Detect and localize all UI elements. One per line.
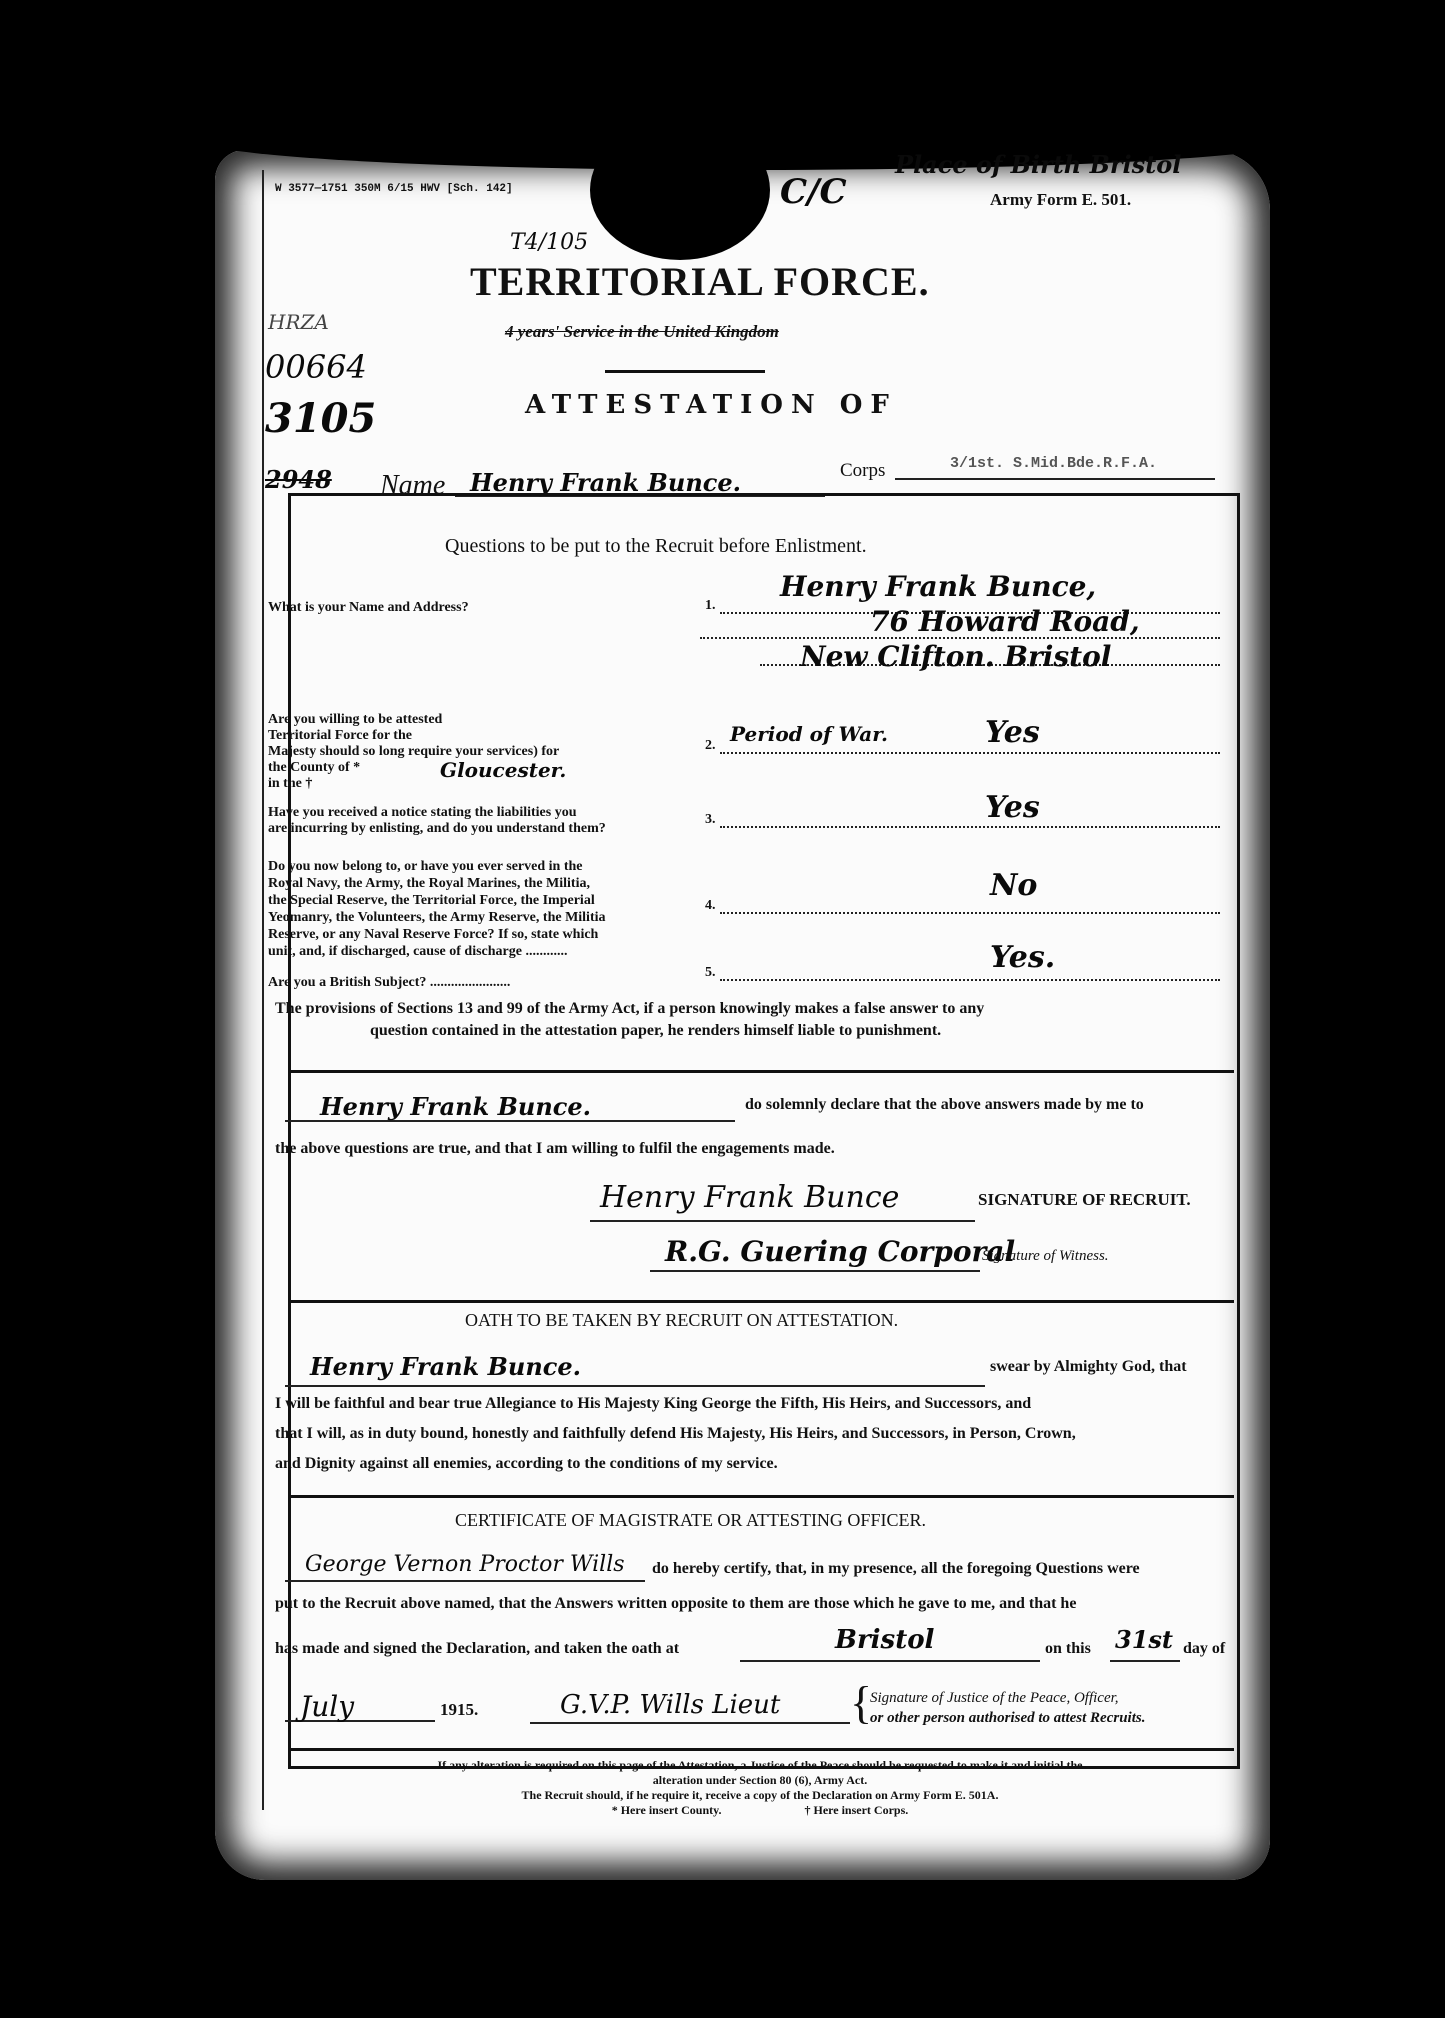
day-line [1110, 1660, 1180, 1662]
footer-line-3: The Recruit should, if he require it, re… [300, 1788, 1220, 1803]
answer-1-city[interactable]: New Clifton. Bristol [800, 640, 1111, 673]
section-divider-oath [288, 1300, 1234, 1303]
oath-line-2: I will be faithful and bear true Allegia… [275, 1395, 1031, 1413]
footer-note-corps: † Here insert Corps. [805, 1803, 909, 1817]
declaration-text-1: do solemnly declare that the above answe… [745, 1096, 1144, 1114]
margin-regimental-number: 3105 [265, 395, 376, 442]
answer-5-line [720, 979, 1220, 981]
recruit-signature-label: SIGNATURE OF RECRUIT. [978, 1190, 1191, 1210]
officer-signature[interactable]: G.V.P. Wills Lieut [560, 1690, 780, 1720]
q2-line: Territorial Force for the [268, 728, 673, 744]
corps-value[interactable]: 3/1st. S.Mid.Bde.R.F.A. [950, 455, 1157, 472]
certificate-heading: CERTIFICATE OF MAGISTRATE OR ATTESTING O… [455, 1510, 926, 1531]
answer-2-period[interactable]: Period of War. [730, 722, 888, 746]
oath-line-3: that I will, as in duty bound, honestly … [275, 1425, 1076, 1443]
footer-note-county: * Here insert County. [612, 1803, 722, 1817]
section-divider-declaration [288, 1070, 1234, 1073]
question-3-text: Have you received a notice stating the l… [268, 805, 606, 837]
attestation-year[interactable]: 1915. [440, 1700, 478, 1720]
corps-line [895, 478, 1215, 480]
witness-signature-line [650, 1270, 980, 1272]
margin-file-number: 00664 [265, 348, 367, 386]
officer-signature-label-2: or other person authorised to attest Rec… [870, 1710, 1145, 1727]
answer-5[interactable]: Yes. [990, 940, 1055, 975]
q4-line: Do you now belong to, or have you ever s… [268, 858, 606, 875]
question-1-number: 1. [705, 598, 716, 614]
certificate-line-3-head: has made and signed the Declaration, and… [275, 1640, 679, 1658]
q2-line: Are you willing to be attested [268, 712, 673, 728]
footer-notes: If any alteration is required on this pa… [300, 1758, 1220, 1818]
witness-signature-label: Signature of Witness. [982, 1248, 1109, 1265]
title-divider [605, 370, 765, 373]
footer-line-1: If any alteration is required on this pa… [300, 1758, 1220, 1773]
question-5-number: 5. [705, 965, 716, 981]
margin-code: HRZA [268, 310, 329, 334]
attestation-day[interactable]: 31st [1115, 1625, 1173, 1654]
officer-name[interactable]: George Vernon Proctor Wills [305, 1552, 625, 1577]
print-code: W 3577—1751 350M 6/15 HWV [Sch. 142] [275, 183, 513, 195]
question-4-number: 4. [705, 898, 716, 914]
question-3-number: 3. [705, 812, 716, 828]
certificate-line-2: put to the Recruit above named, that the… [275, 1595, 1076, 1613]
questions-heading: Questions to be put to the Recruit befor… [445, 535, 867, 558]
attestation-place[interactable]: Bristol [835, 1625, 934, 1655]
place-line [740, 1660, 1040, 1662]
declaration-name[interactable]: Henry Frank Bunce. [320, 1092, 591, 1121]
warning-line-1: The provisions of Sections 13 and 99 of … [275, 1000, 984, 1018]
oath-line-1: swear by Almighty God, that [990, 1358, 1187, 1376]
signature-brace: { [850, 1680, 872, 1726]
footer-line-2: alteration under Section 80 (6), Army Ac… [300, 1773, 1220, 1788]
q3-line: are incurring by enlisting, and do you u… [268, 821, 606, 837]
oath-name[interactable]: Henry Frank Bunce. [310, 1352, 581, 1381]
answer-4[interactable]: No [990, 868, 1037, 903]
q3-line: Have you received a notice stating the l… [268, 805, 606, 821]
footer-insert-notes: * Here insert County. † Here insert Corp… [300, 1803, 1220, 1818]
answer-1-name[interactable]: Henry Frank Bunce, [780, 570, 1096, 603]
answer-2-line [720, 752, 1220, 754]
q4-line: Reserve, or any Naval Reserve Force? If … [268, 926, 606, 943]
certificate-line-1: do hereby certify, that, in my presence,… [652, 1560, 1140, 1578]
form-title: TERRITORIAL FORCE. [470, 258, 930, 305]
q4-line: Royal Navy, the Army, the Royal Marines,… [268, 875, 606, 892]
question-1-text: What is your Name and Address? [268, 600, 469, 616]
struck-subtitle: 4 years' Service in the United Kingdom [505, 322, 779, 342]
answer-4-line [720, 912, 1220, 914]
margin-struck-number: 2948 [265, 465, 332, 494]
q4-line: the Special Reserve, the Territorial For… [268, 892, 606, 909]
corps-label: Corps [840, 460, 885, 482]
witness-signature[interactable]: R.G. Guering Corporal [665, 1235, 1015, 1268]
declaration-text-2: the above questions are true, and that I… [275, 1140, 835, 1158]
question-5-text: Are you a British Subject? .............… [268, 975, 510, 991]
reference-number: T4/105 [510, 230, 588, 255]
answer-3-line [720, 826, 1220, 828]
place-of-birth-note: Place of Birth Bristol [895, 150, 1181, 179]
day-of-label: day of [1183, 1640, 1225, 1658]
section-divider-certificate [288, 1495, 1234, 1498]
answer-3[interactable]: Yes [985, 790, 1040, 825]
on-this-label: on this [1045, 1640, 1091, 1658]
answer-1-street[interactable]: 76 Howard Road, [870, 605, 1140, 638]
q4-line: Yeomanry, the Volunteers, the Army Reser… [268, 909, 606, 926]
left-margin-rule [262, 170, 264, 1810]
officer-signature-label-1: Signature of Justice of the Peace, Offic… [870, 1690, 1119, 1707]
form-number: Army Form E. 501. [990, 190, 1131, 210]
recruit-signature-line [590, 1220, 975, 1222]
q4-line: unit, and, if discharged, cause of disch… [268, 943, 606, 960]
q2-county-value[interactable]: Gloucester. [440, 758, 566, 782]
answer-2[interactable]: Yes [985, 715, 1040, 750]
attestation-heading: ATTESTATION OF [525, 390, 897, 420]
officer-signature-line [530, 1722, 850, 1724]
section-divider-footer [288, 1748, 1234, 1751]
question-4-text: Do you now belong to, or have you ever s… [268, 858, 606, 960]
warning-line-2: question contained in the attestation pa… [370, 1022, 941, 1040]
question-2-number: 2. [705, 738, 716, 754]
oath-heading: OATH TO BE TAKEN BY RECRUIT ON ATTESTATI… [465, 1310, 898, 1331]
recruit-signature[interactable]: Henry Frank Bunce [600, 1180, 899, 1215]
attestation-month[interactable]: July [300, 1690, 354, 1723]
oath-line-4: and Dignity against all enemies, accordi… [275, 1455, 778, 1473]
officer-name-line [285, 1580, 645, 1582]
oath-name-line [285, 1385, 985, 1387]
margin-initials: C/C [780, 172, 847, 212]
